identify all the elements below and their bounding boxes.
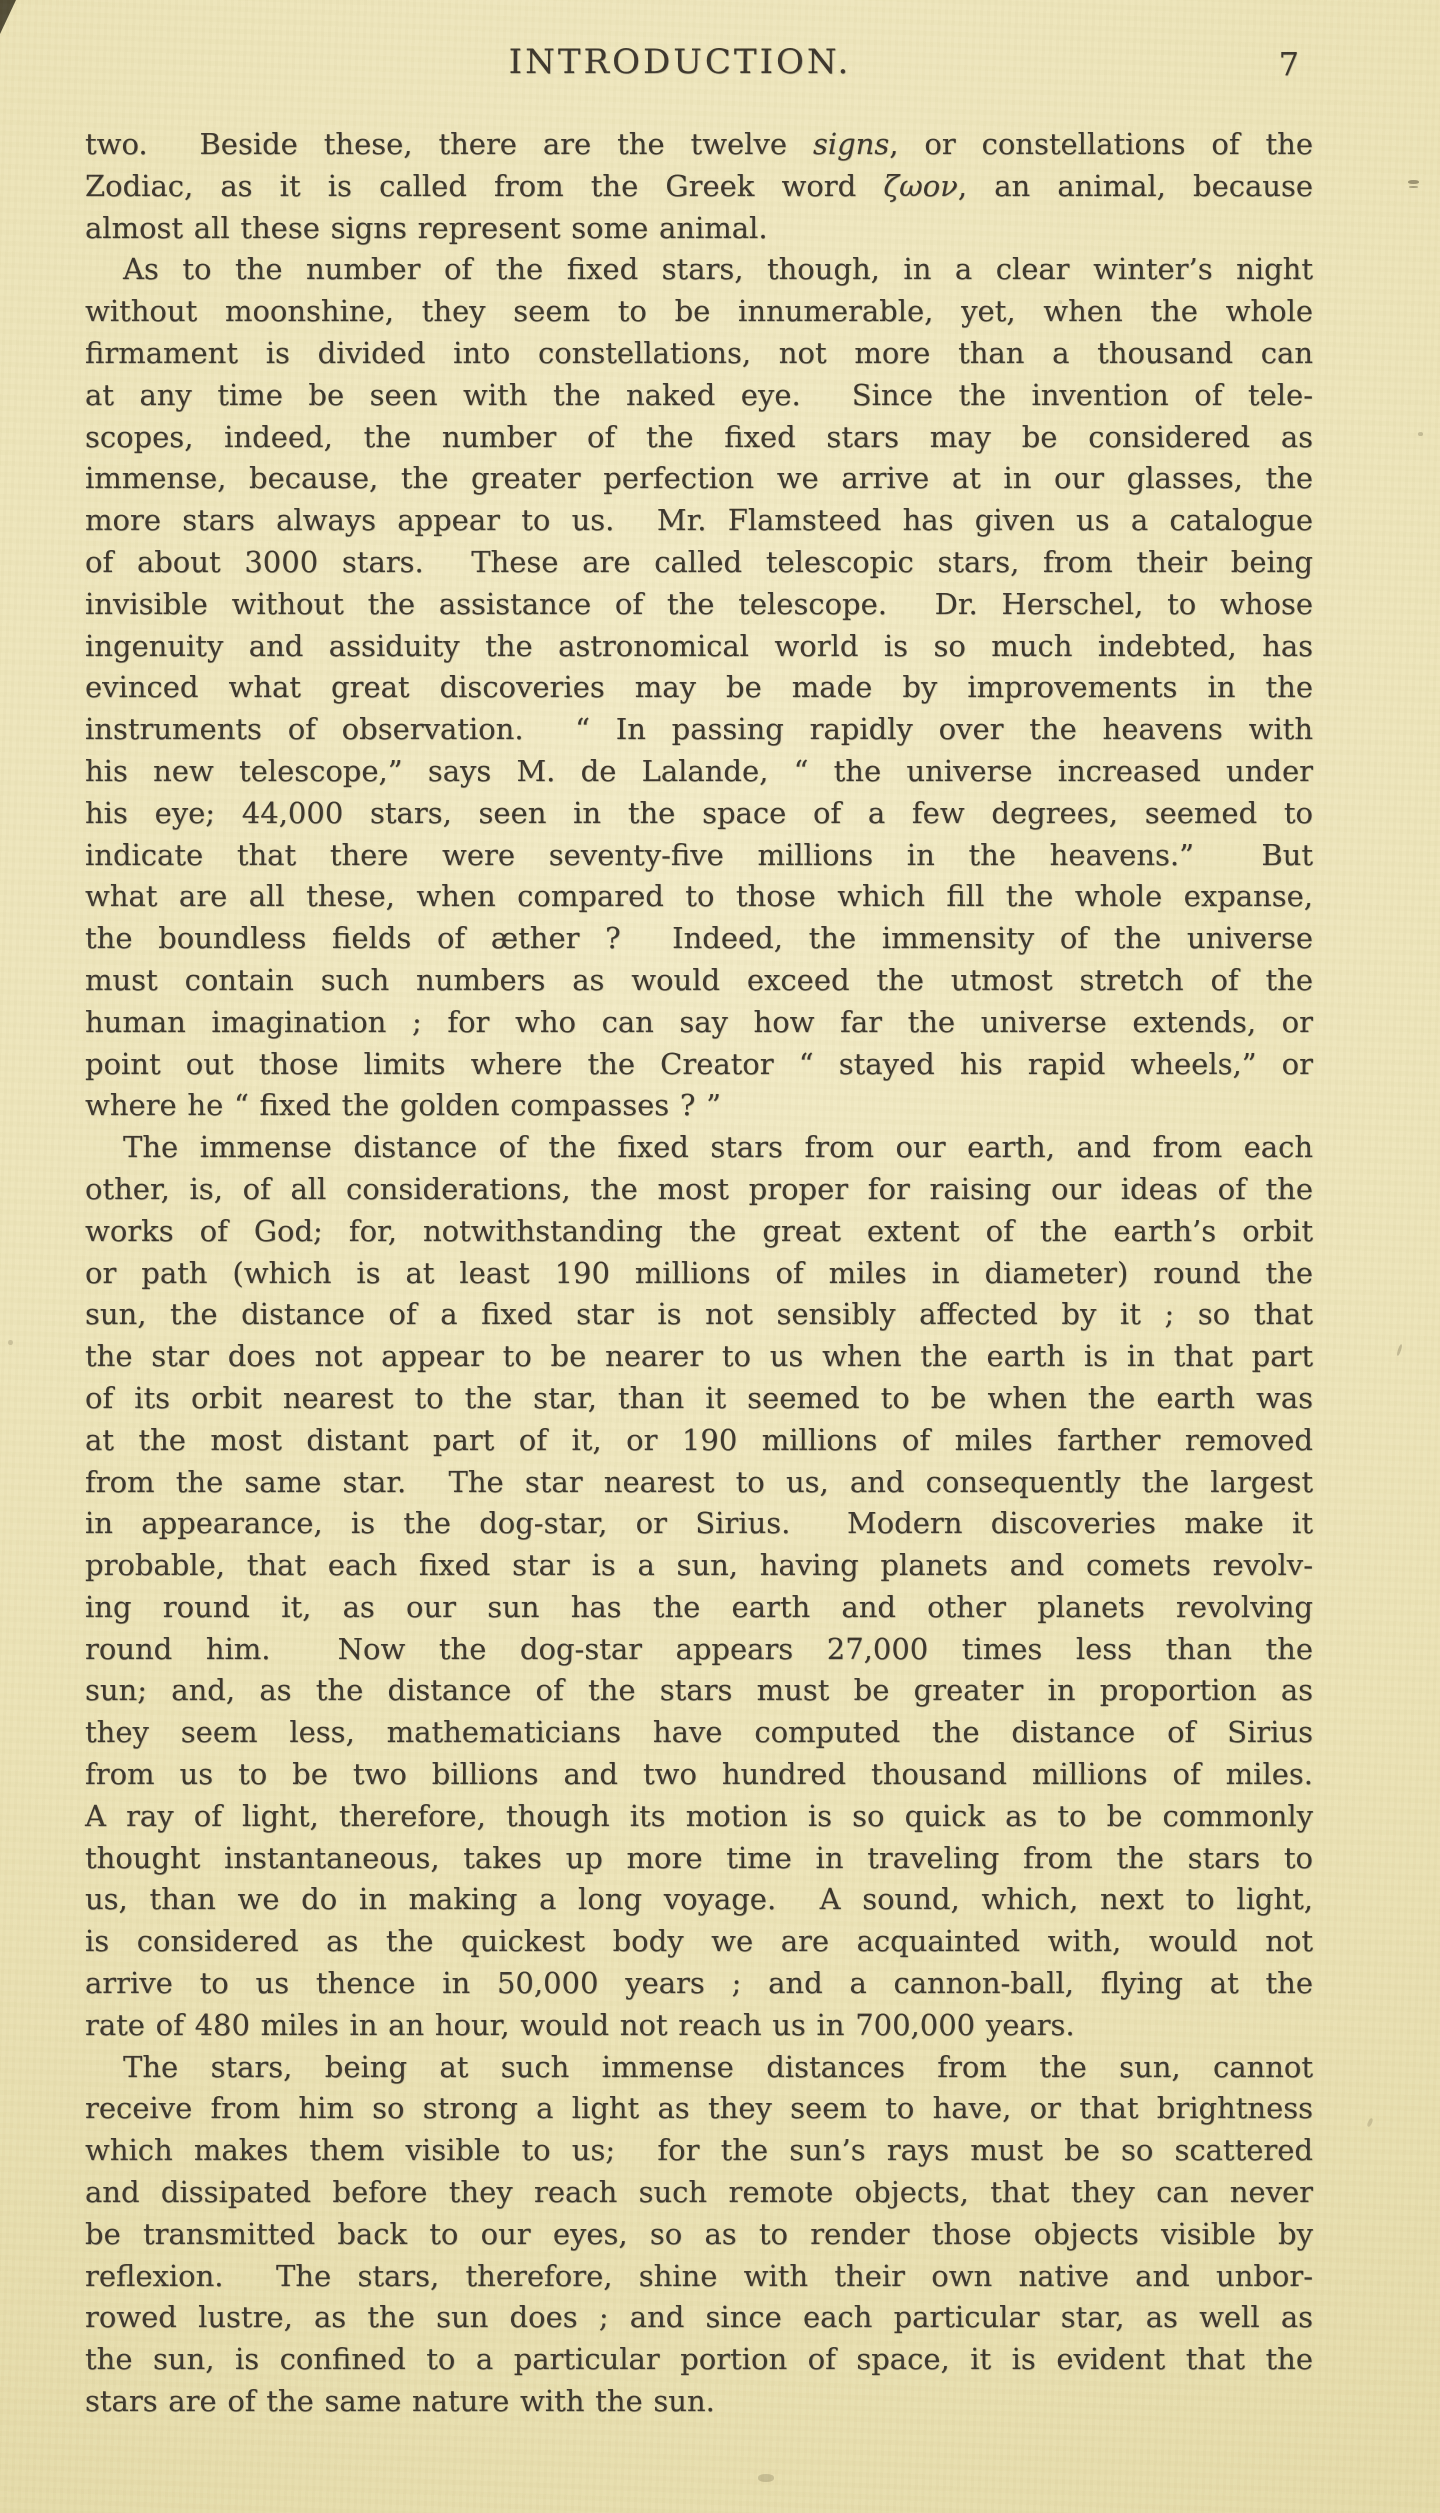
text-line: evinced what great discoveries may be ma… <box>85 667 1313 709</box>
text-line: at any time be seen with the naked eye. … <box>85 375 1313 417</box>
text-line: reflexion. The stars, therefore, shine w… <box>85 2256 1313 2298</box>
ink-speck <box>1396 1344 1403 1356</box>
page-number: 7 <box>1279 44 1299 84</box>
paragraph: As to the number of the fixed stars, tho… <box>85 249 1313 1127</box>
ink-speck <box>8 1340 13 1345</box>
text-line: firmament is divided into constellations… <box>85 333 1313 375</box>
text-line: immense, because, the greater perfection… <box>85 458 1313 500</box>
text-line: point out those limits where the Creator… <box>85 1044 1313 1086</box>
scan-corner-artifact <box>0 0 16 34</box>
text-line: other, is, of all considerations, the mo… <box>85 1169 1313 1211</box>
text-line: be transmitted back to our eyes, so as t… <box>85 2214 1313 2256</box>
text-line: two. Beside these, there are the twelve … <box>85 124 1313 166</box>
paragraph: The immense distance of the fixed stars … <box>85 1127 1313 2047</box>
text-line: sun; and, as the distance of the stars m… <box>85 1670 1313 1712</box>
text-line: from us to be two billions and two hundr… <box>85 1754 1313 1796</box>
paragraph: The stars, being at such immense distanc… <box>85 2047 1313 2423</box>
text-line: they seem less, mathematicians have comp… <box>85 1712 1313 1754</box>
page-title: INTRODUCTION. <box>66 40 1294 84</box>
text-line: the boundless fields of æther ? Indeed, … <box>85 918 1313 960</box>
paragraph: two. Beside these, there are the twelve … <box>85 124 1313 249</box>
text-line: of its orbit nearest to the star, than i… <box>85 1378 1313 1420</box>
text-line: sun, the distance of a fixed star is not… <box>85 1294 1313 1336</box>
text-line: invisible without the assistance of the … <box>85 584 1313 626</box>
text-line: The stars, being at such immense distanc… <box>85 2047 1313 2089</box>
ink-speck <box>1418 432 1423 436</box>
text-line: indicate that there were seventy-five mi… <box>85 835 1313 877</box>
text-line: from the same star. The star nearest to … <box>85 1462 1313 1504</box>
ink-speck <box>1366 2118 1373 2128</box>
text-block: two. Beside these, there are the twelve … <box>85 124 1313 2423</box>
text-line: rowed lustre, as the sun does ; and sinc… <box>85 2297 1313 2339</box>
text-line: which makes them visible to us; for the … <box>85 2130 1313 2172</box>
text-line: rate of 480 miles in an hour, would not … <box>85 2005 1313 2047</box>
ink-speck <box>758 2474 774 2482</box>
text-line: more stars always appear to us. Mr. Flam… <box>85 500 1313 542</box>
text-line: scopes, indeed, the number of the fixed … <box>85 417 1313 459</box>
text-line: the star does not appear to be nearer to… <box>85 1336 1313 1378</box>
text-line: of about 3000 stars. These are called te… <box>85 542 1313 584</box>
text-line: receive from him so strong a light as th… <box>85 2088 1313 2130</box>
text-line: thought instantaneous, takes up more tim… <box>85 1838 1313 1880</box>
text-line: The immense distance of the fixed stars … <box>85 1127 1313 1169</box>
text-line: the sun, is confined to a particular por… <box>85 2339 1313 2381</box>
text-line: where he “ fixed the golden compasses ? … <box>85 1085 1313 1127</box>
running-head: INTRODUCTION. 7 <box>85 40 1313 92</box>
text-line: is considered as the quickest body we ar… <box>85 1921 1313 1963</box>
text-line: what are all these, when compared to tho… <box>85 876 1313 918</box>
text-line: ing round it, as our sun has the earth a… <box>85 1587 1313 1629</box>
text-line: us, than we do in making a long voyage. … <box>85 1879 1313 1921</box>
ink-speck <box>1058 300 1062 304</box>
text-line: instruments of observation. “ In passing… <box>85 709 1313 751</box>
text-line: at the most distant part of it, or 190 m… <box>85 1420 1313 1462</box>
text-line: probable, that each fixed star is a sun,… <box>85 1545 1313 1587</box>
text-line: and dissipated before they reach such re… <box>85 2172 1313 2214</box>
text-line: must contain such numbers as would excee… <box>85 960 1313 1002</box>
text-line: A ray of light, therefore, though its mo… <box>85 1796 1313 1838</box>
text-line: his eye; 44,000 stars, seen in the space… <box>85 793 1313 835</box>
text-line: his new telescope,” says M. de Lalande, … <box>85 751 1313 793</box>
text-line: round him. Now the dog-star appears 27,0… <box>85 1629 1313 1671</box>
ink-speck <box>1408 180 1419 184</box>
text-line: ingenuity and assiduity the astronomical… <box>85 626 1313 668</box>
text-line: in appearance, is the dog-star, or Siriu… <box>85 1503 1313 1545</box>
text-line: human imagination ; for who can say how … <box>85 1002 1313 1044</box>
text-line: or path (which is at least 190 millions … <box>85 1253 1313 1295</box>
book-page: INTRODUCTION. 7 two. Beside these, there… <box>0 0 1440 2513</box>
text-line: works of God; for, notwithstanding the g… <box>85 1211 1313 1253</box>
text-line: stars are of the same nature with the su… <box>85 2381 1313 2423</box>
text-line: almost all these signs represent some an… <box>85 208 1313 250</box>
text-line: Zodiac, as it is called from the Greek w… <box>85 166 1313 208</box>
text-line: without moonshine, they seem to be innum… <box>85 291 1313 333</box>
text-line: As to the number of the fixed stars, tho… <box>85 249 1313 291</box>
text-line: arrive to us thence in 50,000 years ; an… <box>85 1963 1313 2005</box>
